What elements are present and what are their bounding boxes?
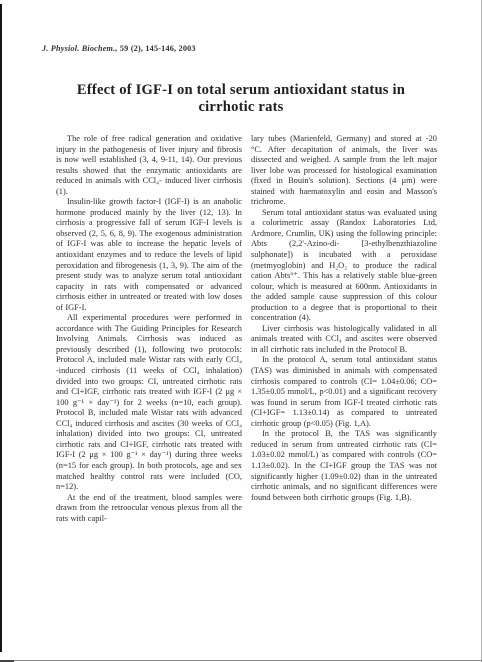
paragraph: Serum total antioxidant status was evalu… [251,208,437,324]
journal-name: J. Physiol. Biochem., [42,44,118,53]
right-column: lary tubes (Marienfeld, Germany) and sto… [251,134,437,524]
two-column-body: The role of free radical generation and … [56,134,438,524]
paragraph: At the end of the treatment, blood sampl… [56,493,242,525]
journal-volume: 59 [120,44,129,53]
paragraph: The role of free radical generation and … [56,134,242,197]
scan-edge-left [0,4,2,652]
paragraph: Insulin-like growth factor-I (IGF-I) is … [56,197,242,313]
paragraph: In the protocol A, serum total antioxida… [251,355,437,429]
scanned-page: J. Physiol. Biochem., 59 (2), 145-146, 2… [0,0,482,662]
page-content: J. Physiol. Biochem., 59 (2), 145-146, 2… [0,0,482,662]
paragraph: All experimental procedures were perform… [56,313,242,492]
scan-edge-bottom [0,660,482,661]
article-title: Effect of IGF-I on total serum antioxida… [51,82,431,116]
paragraph: Liver cirrhosis was histologically valid… [251,324,437,356]
journal-issue-pages-year: (2), 145-146, 2003 [131,44,196,53]
paragraph-continuation: lary tubes (Marienfeld, Germany) and sto… [251,134,437,208]
running-head: J. Physiol. Biochem., 59 (2), 145-146, 2… [42,44,196,53]
paragraph: In the protocol B, the TAS was significa… [251,429,437,503]
left-column: The role of free radical generation and … [56,134,242,524]
